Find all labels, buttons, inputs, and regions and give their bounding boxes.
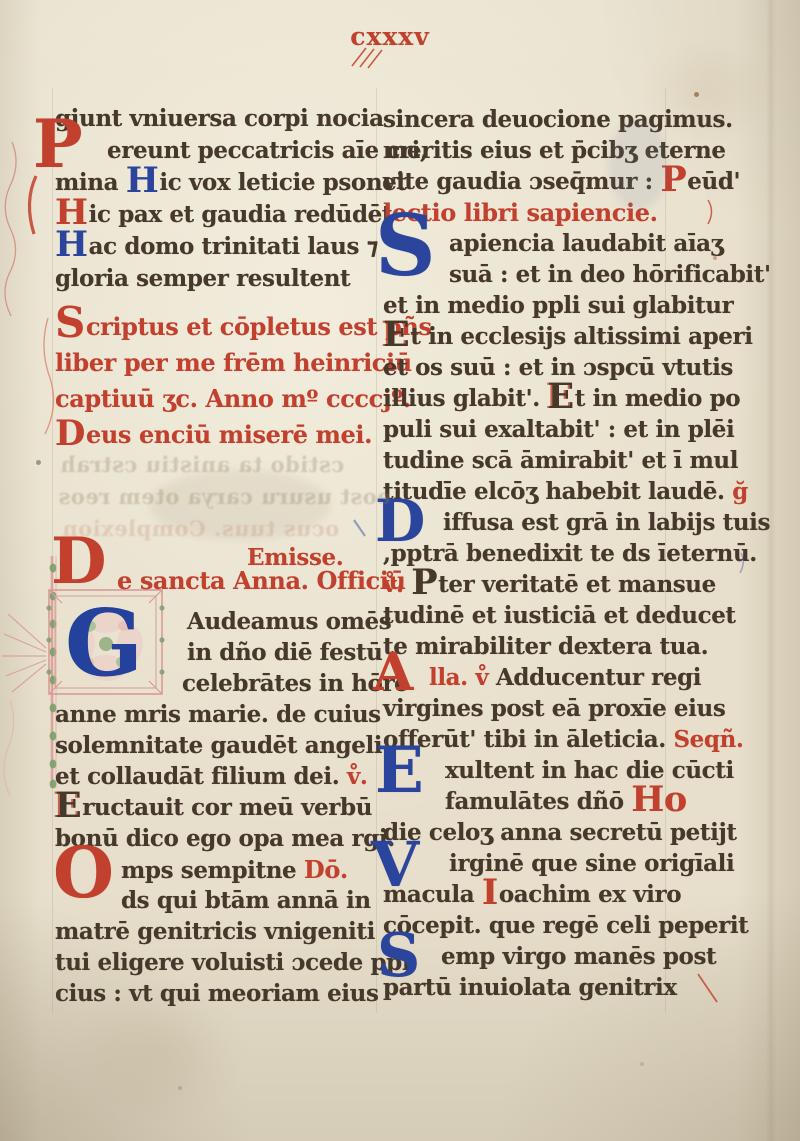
text-run: captiuū ʒc. Anno mº ccccjº. <box>55 384 411 413</box>
text-run: suā : et in deo hōrificabit' <box>449 261 771 288</box>
text-run: puli sui exaltabit' : et in plēi <box>383 416 734 443</box>
text-run: te mirabiliter dextera tua. <box>383 633 708 660</box>
text-line: in dño diē festū <box>187 638 383 668</box>
text-run: virgines post eā proxīe eius <box>383 695 725 722</box>
text-run: titudīe elcōʒ habebit laudē. <box>383 478 732 505</box>
showthrough-text: eost usuru carya otem reos <box>58 484 391 509</box>
text-line: mps sempitne Dō. <box>121 855 348 885</box>
text-run: e sancta Anna. Officiū <box>117 566 406 595</box>
text-run: partū inuiolata genitrix <box>383 974 677 1001</box>
text-line: liber per me frēm heinriciū <box>55 348 412 378</box>
text-line: Et in ecclesijs altissimi aperi <box>383 322 753 352</box>
manuscript-page: cxxxv <box>0 0 800 1141</box>
text-run: solemnitate gaudēt angeli <box>55 732 382 759</box>
text-run: emp virgo manēs post <box>441 943 716 970</box>
text-line: Hic pax et gaudia redūdēt <box>55 200 392 230</box>
text-run: xultent in hac die cūcti <box>445 757 734 784</box>
text-run: v̊. <box>347 763 368 790</box>
text-run: eus enciū miserē mei. <box>86 420 372 449</box>
text-line: anne mris marie. de cuius <box>55 700 381 730</box>
text-run: Adducentur regi <box>496 664 701 691</box>
text-line: solemnitate gaudēt angeli <box>55 731 382 761</box>
text-line: tudine scā āmirabit' et ī mul <box>383 446 738 476</box>
text-run: tudinē et iusticiā et deducet <box>383 602 736 629</box>
text-run: ,pptrā benedixit te ds īeternū. <box>383 540 757 567</box>
text-run: Dō. <box>304 855 348 884</box>
text-run: mps sempitne <box>121 857 304 884</box>
text-line: ,pptrā benedixit te ds īeternū. <box>383 539 757 569</box>
text-line: suā : et in deo hōrificabit' <box>449 260 771 290</box>
text-run: oachim ex viro <box>499 881 681 908</box>
text-run: famulātes dñō <box>445 788 631 815</box>
text-line: emp virgo manēs post <box>441 942 716 972</box>
text-line: matrē genitricis vnigeniti <box>55 917 375 947</box>
showthrough-text: ocus tuus. Complexion <box>62 516 339 541</box>
ink-showthrough-smudge <box>608 120 668 210</box>
text-run: ğ <box>732 478 748 505</box>
text-run: S <box>55 298 85 347</box>
text-line: Scriptus et cōpletus est pñs <box>55 312 432 342</box>
text-run: ac domo trinitati laus ⁊ <box>89 233 378 260</box>
text-run: apiencia laudabit aīaʒ <box>449 230 723 257</box>
text-run: E <box>547 376 573 417</box>
illuminated-initial-v: V <box>371 840 419 890</box>
text-line: mina Hic vox leticie psonet <box>55 168 407 198</box>
text-line: v̊. Pter veritatē et mansue <box>383 570 716 600</box>
text-line: tui eligere voluisti ɔcede ppi <box>55 948 410 978</box>
text-line: et in medio ppli sui glabitur <box>383 291 733 321</box>
text-line: Audeamus omēs <box>187 607 391 637</box>
text-line: famulātes dñō Ho <box>445 787 688 817</box>
text-line: captiuū ʒc. Anno mº ccccjº. <box>55 384 411 414</box>
text-line: cius : vt qui meoriam eius <box>55 979 379 1009</box>
text-line: macula Ioachim ex viro <box>383 880 681 910</box>
text-run: tudine scā āmirabit' et ī mul <box>383 447 738 474</box>
text-run: D <box>55 413 85 454</box>
text-run: illius glabit'. <box>383 385 547 412</box>
text-run: P <box>411 562 437 603</box>
text-line: offerūt' tibi in āleticia. Seqñ. <box>383 725 744 755</box>
showthrough-text: cstido ta anistiu cstrah <box>60 452 344 477</box>
dust-speck <box>694 92 699 97</box>
text-line: Hac domo trinitati laus ⁊ <box>55 232 378 262</box>
text-line: te mirabiliter dextera tua. <box>383 632 708 662</box>
text-run: ic pax et gaudia redūdēt <box>89 201 392 228</box>
text-run: H <box>126 160 159 201</box>
text-run: ic vox leticie psonet <box>159 169 406 196</box>
text-run: die celoʒ anna secretū petijt <box>383 819 737 846</box>
text-run: eūd' <box>687 168 740 195</box>
illuminated-initial-a: A <box>373 652 413 694</box>
text-line: Eructauit cor meū verbū <box>55 793 372 823</box>
text-line: giunt vniuersa corpi nocia <box>55 104 384 134</box>
dust-speck <box>713 256 717 260</box>
text-run: offerūt' tibi in āleticia. <box>383 726 673 753</box>
text-run: H <box>55 224 88 265</box>
text-line: titudīe elcōʒ habebit laudē. ğ <box>383 477 748 507</box>
text-run: ter veritatē et mansue <box>438 571 716 598</box>
text-line: xultent in hac die cūcti <box>445 756 734 786</box>
text-run: t in medio po <box>575 385 740 412</box>
text-run: anne mris marie. de cuius <box>55 701 381 728</box>
illuminated-initial-s: S <box>377 932 420 980</box>
page-crease <box>766 0 776 1141</box>
text-line: cōcepit. que regē celi peperit <box>383 911 748 941</box>
text-run: iffusa est grā in labijs tuis <box>443 509 770 536</box>
text-line: et collaudāt filium dei. v̊. <box>55 762 368 792</box>
text-run: v̊ <box>475 664 496 691</box>
text-run: E <box>55 785 81 826</box>
illuminated-initial-d: D <box>51 536 107 587</box>
text-line: vite gaudia ɔseq̄mur : Peūd' <box>383 167 740 197</box>
dust-speck <box>36 460 41 465</box>
illuminated-initial-o: O <box>53 845 114 901</box>
text-run: Seqñ. <box>673 726 743 753</box>
illuminated-initial-e: E <box>375 745 424 796</box>
text-run: lla. <box>429 664 475 691</box>
text-run: t in ecclesijs altissimi aperi <box>410 323 752 350</box>
text-run: et in medio ppli sui glabitur <box>383 292 733 319</box>
text-run: cius : vt qui meoriam eius <box>55 980 379 1007</box>
text-run: sincera deuocione pagimus. <box>383 106 733 133</box>
text-line: illius glabit'. Et in medio po <box>383 384 740 414</box>
text-run: cōcepit. que regē celi peperit <box>383 912 748 939</box>
dust-speck <box>640 1062 644 1066</box>
text-run: et collaudāt filium dei. <box>55 763 347 790</box>
text-line: puli sui exaltabit' : et in plēi <box>383 415 734 445</box>
text-line: virgines post eā proxīe eius <box>383 694 725 724</box>
text-line: ds qui btām annā in <box>121 886 371 916</box>
text-line: lla. v̊ Adducentur regi <box>429 663 701 693</box>
text-run: Ho <box>631 779 687 820</box>
text-run: v̊. <box>383 571 411 598</box>
text-run: Audeamus omēs <box>187 608 391 635</box>
text-line: iffusa est grā in labijs tuis <box>443 508 770 538</box>
text-line: die celoʒ anna secretū petijt <box>383 818 737 848</box>
text-line: sincera deuocione pagimus. <box>383 105 733 135</box>
text-line: apiencia laudabit aīaʒ <box>449 229 723 259</box>
text-line: gloria semper resultent <box>55 264 350 294</box>
text-run: I <box>482 872 498 913</box>
text-run: ds qui btām annā in <box>121 887 371 914</box>
text-run: ructauit cor meū verbū <box>82 794 372 821</box>
text-line: e sancta Anna. Officiū <box>117 566 406 596</box>
text-run: in dño diē festū <box>187 639 383 666</box>
left-text-column: giunt vniuersa corpi nociaereunt peccatr… <box>55 0 371 1141</box>
illuminated-initial-p: P <box>33 118 83 171</box>
text-run: matrē genitricis vnigeniti <box>55 918 375 945</box>
text-line: Deus enciū miserē mei. <box>55 420 372 450</box>
text-run: tui eligere voluisti ɔcede ppi <box>55 949 410 976</box>
text-line: tudinē et iusticiā et deducet <box>383 601 736 631</box>
text-run: gloria semper resultent <box>55 265 350 292</box>
dust-speck <box>178 1086 182 1090</box>
text-run: E <box>383 314 409 355</box>
text-run: criptus et cōpletus est pñs <box>86 312 432 341</box>
text-run: liber per me frēm heinriciū <box>55 348 412 377</box>
text-run: giunt vniuersa corpi nocia <box>55 105 384 132</box>
text-line: partū inuiolata genitrix <box>383 973 677 1003</box>
illuminated-initial-s: S <box>375 212 436 279</box>
